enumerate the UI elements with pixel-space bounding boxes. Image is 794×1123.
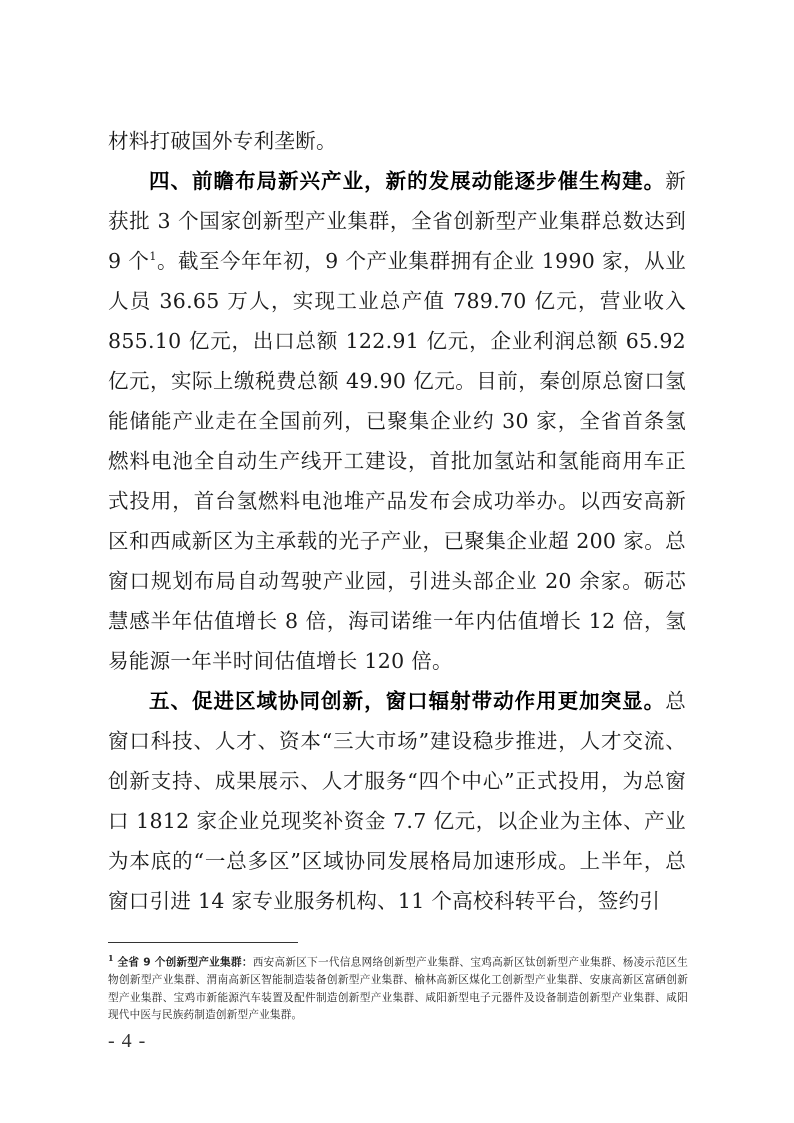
paragraph-section-five: 五、促进区域协同创新，窗口辐射带动作用更加突显。总窗口科技、人才、资本“三大市场… bbox=[108, 681, 686, 921]
footnote-title: 全省 9 个创新型产业集群： bbox=[117, 957, 252, 969]
paragraph-text: 材料打破国外专利垄断。 bbox=[108, 129, 337, 153]
footnote-number: 1 bbox=[108, 953, 114, 963]
page-number: - 4 - bbox=[108, 1030, 146, 1053]
paragraph-text: 总窗口科技、人才、资本“三大市场”建设稳步推进，人才交流、创新支持、成果展示、人… bbox=[108, 689, 686, 913]
document-page: 材料打破国外专利垄断。 四、前瞻布局新兴产业，新的发展动能逐步催生构建。新获批 … bbox=[0, 0, 794, 1123]
footnote: 1 全省 9 个创新型产业集群：西安高新区下一代信息网络创新型产业集群、宝鸡高新… bbox=[108, 950, 688, 1025]
body-text: 材料打破国外专利垄断。 四、前瞻布局新兴产业，新的发展动能逐步催生构建。新获批 … bbox=[108, 121, 686, 921]
footnote-separator bbox=[108, 942, 298, 943]
section-heading: 五、促进区域协同创新，窗口辐射带动作用更加突显。 bbox=[149, 689, 665, 713]
paragraph-continuation: 材料打破国外专利垄断。 bbox=[108, 121, 686, 161]
paragraph-text: 。截至今年年初，9 个产业集群拥有企业 1990 家，从业人员 36.65 万人… bbox=[108, 249, 686, 673]
paragraph-section-four: 四、前瞻布局新兴产业，新的发展动能逐步催生构建。新获批 3 个国家创新型产业集群… bbox=[108, 161, 686, 681]
section-heading: 四、前瞻布局新兴产业，新的发展动能逐步催生构建。 bbox=[149, 169, 665, 193]
footnote-reference[interactable]: 1 bbox=[149, 250, 156, 263]
